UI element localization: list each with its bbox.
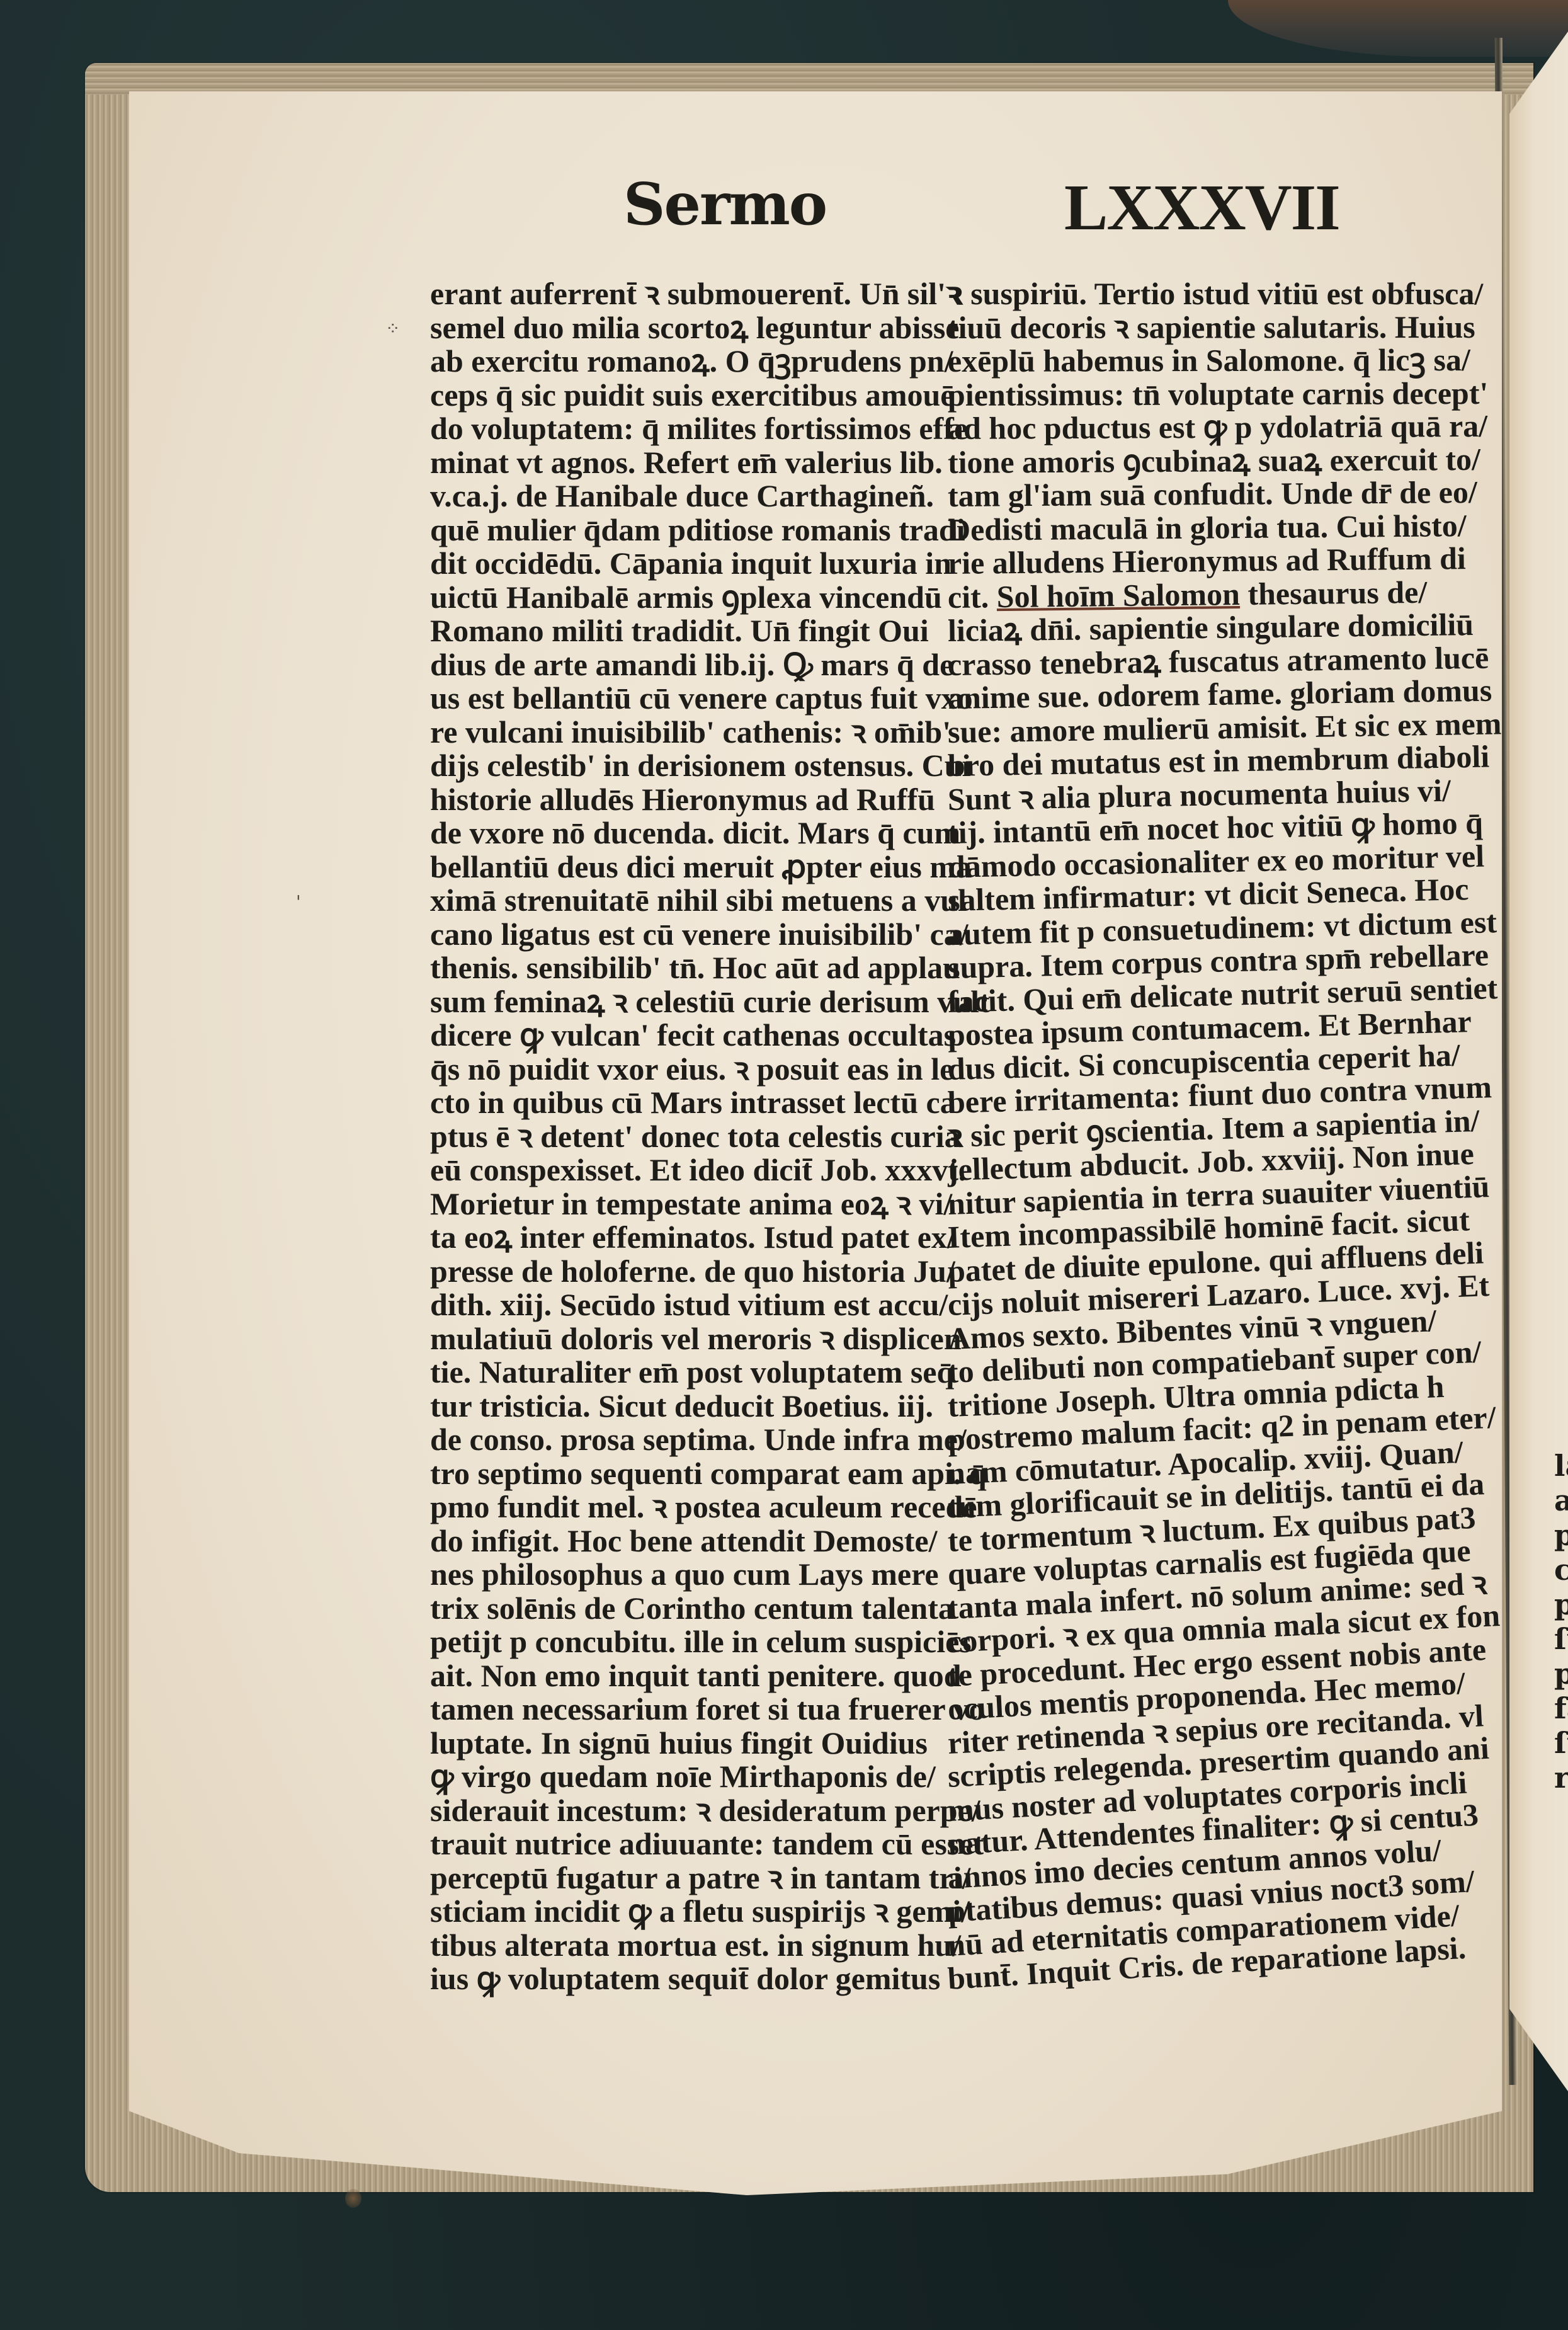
text-line: ꝙ virgo quedam noīe Mirthaponis de/: [430, 1760, 928, 1794]
margin-mark: ': [296, 891, 301, 912]
facing-text-fragment: fa: [1554, 1691, 1568, 1726]
text-line: eū conspexisset. Et ideo dicit̄ Job. xxx…: [430, 1153, 928, 1187]
text-line: dius de arte amandi lib.ij. Ꝙ mars q̄ de: [430, 648, 928, 682]
text-line: dicere ꝙ vulcan' fecit cathenas occultas: [430, 1019, 928, 1053]
page-header: Sermo LXXXVII: [0, 170, 1568, 246]
text-line: nes philosophus a quo cum Lays mere: [430, 1558, 928, 1592]
page-block-top-edge: [85, 63, 1533, 94]
text-line: erant auferrent̄ ꝛ submouerent̄. Un̄ sil…: [430, 277, 928, 311]
facing-page-text: laapcpſtpfaſtre: [1554, 1449, 1568, 1795]
text-line: ximā strenuitatē nihil sibi metuens a vu…: [430, 884, 928, 918]
text-line: sticiam incidit ꝙ a fletu suspirijs ꝛ ge…: [430, 1895, 928, 1929]
text-line: tur tristicia. Sicut deducit Boetius. ii…: [430, 1390, 928, 1424]
text-line: dith. xiij. Secūdo istud vitium est accu…: [430, 1288, 928, 1322]
text-line: trauit nutrice adiuuante: tandem cū esse…: [430, 1827, 928, 1861]
facing-text-fragment: ſt: [1554, 1726, 1568, 1761]
facing-text-fragment: re: [1554, 1761, 1568, 1795]
text-line: us est bellantiū cū venere captus fuit v…: [430, 682, 928, 716]
text-line: mulatiuū doloris vel meroris ꝛ displicen: [430, 1322, 928, 1356]
text-line: re vulcani inuisibilib' cathenis: ꝛ om̄i…: [430, 716, 928, 750]
text-line: do voluptatem: q̄ milites fortissimos ef…: [430, 412, 928, 446]
text-column-left: erant auferrent̄ ꝛ submouerent̄. Un̄ sil…: [430, 277, 928, 1996]
text-line: tamen necessarium foret si tua fruerer v…: [430, 1693, 928, 1727]
text-line: tie. Naturaliter em̄ post voluptatem seq…: [430, 1356, 928, 1390]
text-line: ius ꝙ voluptatem sequit̄ dolor gemitus: [430, 1962, 928, 1996]
facing-text-fragment: la: [1554, 1449, 1568, 1483]
text-line: uictū Hanibalē armis ꝯplexa vincendū: [430, 581, 928, 615]
running-title: Sermo: [623, 170, 826, 238]
facing-text-fragment: p: [1554, 1518, 1568, 1553]
text-line: de vxore nō ducenda. dicit. Mars q̄ cum: [430, 816, 928, 850]
folio-number: LXXXVII: [1064, 170, 1339, 245]
text-line: do infigit. Hoc bene attendit Demoste/: [430, 1524, 928, 1558]
text-line: Romano militi tradidit. Un̄ fingit Oui: [430, 614, 928, 648]
text-line: ꝛ suspiriū. Tertio istud vitiū est obfus…: [948, 277, 1445, 311]
text-line: historie alludēs Hieronymus ad Ruffū: [430, 783, 928, 817]
text-line: dijs celestib' in derisionem ostensus. C…: [430, 749, 928, 783]
text-line: quē mulier q̄dam pditiose romanis tradi: [430, 513, 928, 547]
text-line: cto in quibus cū Mars intrasset lectū ca: [430, 1086, 928, 1120]
facing-text-fragment: p: [1554, 1587, 1568, 1622]
text-line: tro septimo sequenti comparat eam api. q…: [430, 1457, 928, 1491]
text-line: v.ca.j. de Hanibale duce Carthagineñ.: [430, 479, 928, 513]
facing-text-fragment: ſt: [1554, 1622, 1568, 1657]
text-line: pientissimus: tn̄ voluptate carnis decep…: [948, 377, 1445, 412]
ink-spot: [345, 2189, 361, 2208]
text-line: presse de holoferne. de quo historia Ju/: [430, 1255, 928, 1289]
text-line: perceptū fugatur a patre ꝛ in tantam tri…: [430, 1861, 928, 1895]
margin-mark: ⁘: [385, 318, 400, 339]
text-line: pmo fundit mel. ꝛ postea aculeum recedē: [430, 1490, 928, 1524]
text-line: q̄s nō puidit vxor eius. ꝛ posuit eas in…: [430, 1053, 928, 1087]
text-line: minat vt agnos. Refert em̄ valerius lib.: [430, 446, 928, 480]
facing-text-fragment: p: [1554, 1657, 1568, 1691]
text-line: ad hoc pductus est ꝙ p ydolatriā quā ra/: [948, 409, 1445, 445]
text-line: tiuū decoris ꝛ sapientie salutaris. Huiu…: [948, 311, 1445, 345]
text-line: ab exercitu romanoꝝ. O q̄ꝫprudens pn/: [430, 345, 928, 379]
text-line: trix solēnis de Corintho centum talenta: [430, 1592, 928, 1626]
text-line: tione amoris ꝯcubinaꝝ suaꝝ exercuit to/: [948, 443, 1445, 479]
text-line: ceps q̄ sic puidit suis exercitibus amou…: [430, 379, 928, 413]
text-line: cano ligatus est cū venere inuisibilib' …: [430, 918, 928, 952]
text-line: exēplū habemus in Salomone. q̄ licꝫ sa/: [948, 343, 1445, 378]
text-line: bellantiū deus dici meruit ꝓpter eius ma: [430, 850, 928, 884]
text-line: Morietur in tempestate anima eoꝝ ꝛ vi/: [430, 1187, 928, 1221]
text-line: tibus alterata mortua est. in signum hu/: [430, 1929, 928, 1963]
text-line: petijt p concubitu. ille in celum suspic…: [430, 1625, 928, 1659]
text-line: de conso. prosa septima. Unde infra me/: [430, 1423, 928, 1457]
text-line: tam gl'iam suā confudit. Unde dr̄ de eo/: [948, 476, 1445, 513]
text-line: siderauit incestum: ꝛ desideratum perpe/: [430, 1794, 928, 1828]
text-line: luptate. In signū huius fingit Ouidius: [430, 1727, 928, 1761]
text-column-right: ꝛ suspiriū. Tertio istud vitiū est obfus…: [948, 277, 1445, 1996]
underlined-phrase: Sol hoīm Salomon: [996, 576, 1240, 614]
text-line: ptus ē ꝛ detent' donec tota celestis cur…: [430, 1120, 928, 1154]
text-line: ta eoꝝ inter effeminatos. Istud patet ex…: [430, 1221, 928, 1255]
text-line: sum feminaꝝ ꝛ celestiū curie derisum vul…: [430, 985, 928, 1019]
text-line: dit occidēdū. Cāpania inquit luxuria in: [430, 547, 928, 581]
text-line: ait. Non emo inquit tanti penitere. quod: [430, 1659, 928, 1693]
text-line: semel duo milia scortoꝝ leguntur abisse: [430, 311, 928, 345]
facing-text-fragment: a: [1554, 1483, 1568, 1518]
facing-text-fragment: c: [1554, 1553, 1568, 1587]
text-line: thenis. sensibilib' tn̄. Hoc aūt ad appl…: [430, 951, 928, 985]
